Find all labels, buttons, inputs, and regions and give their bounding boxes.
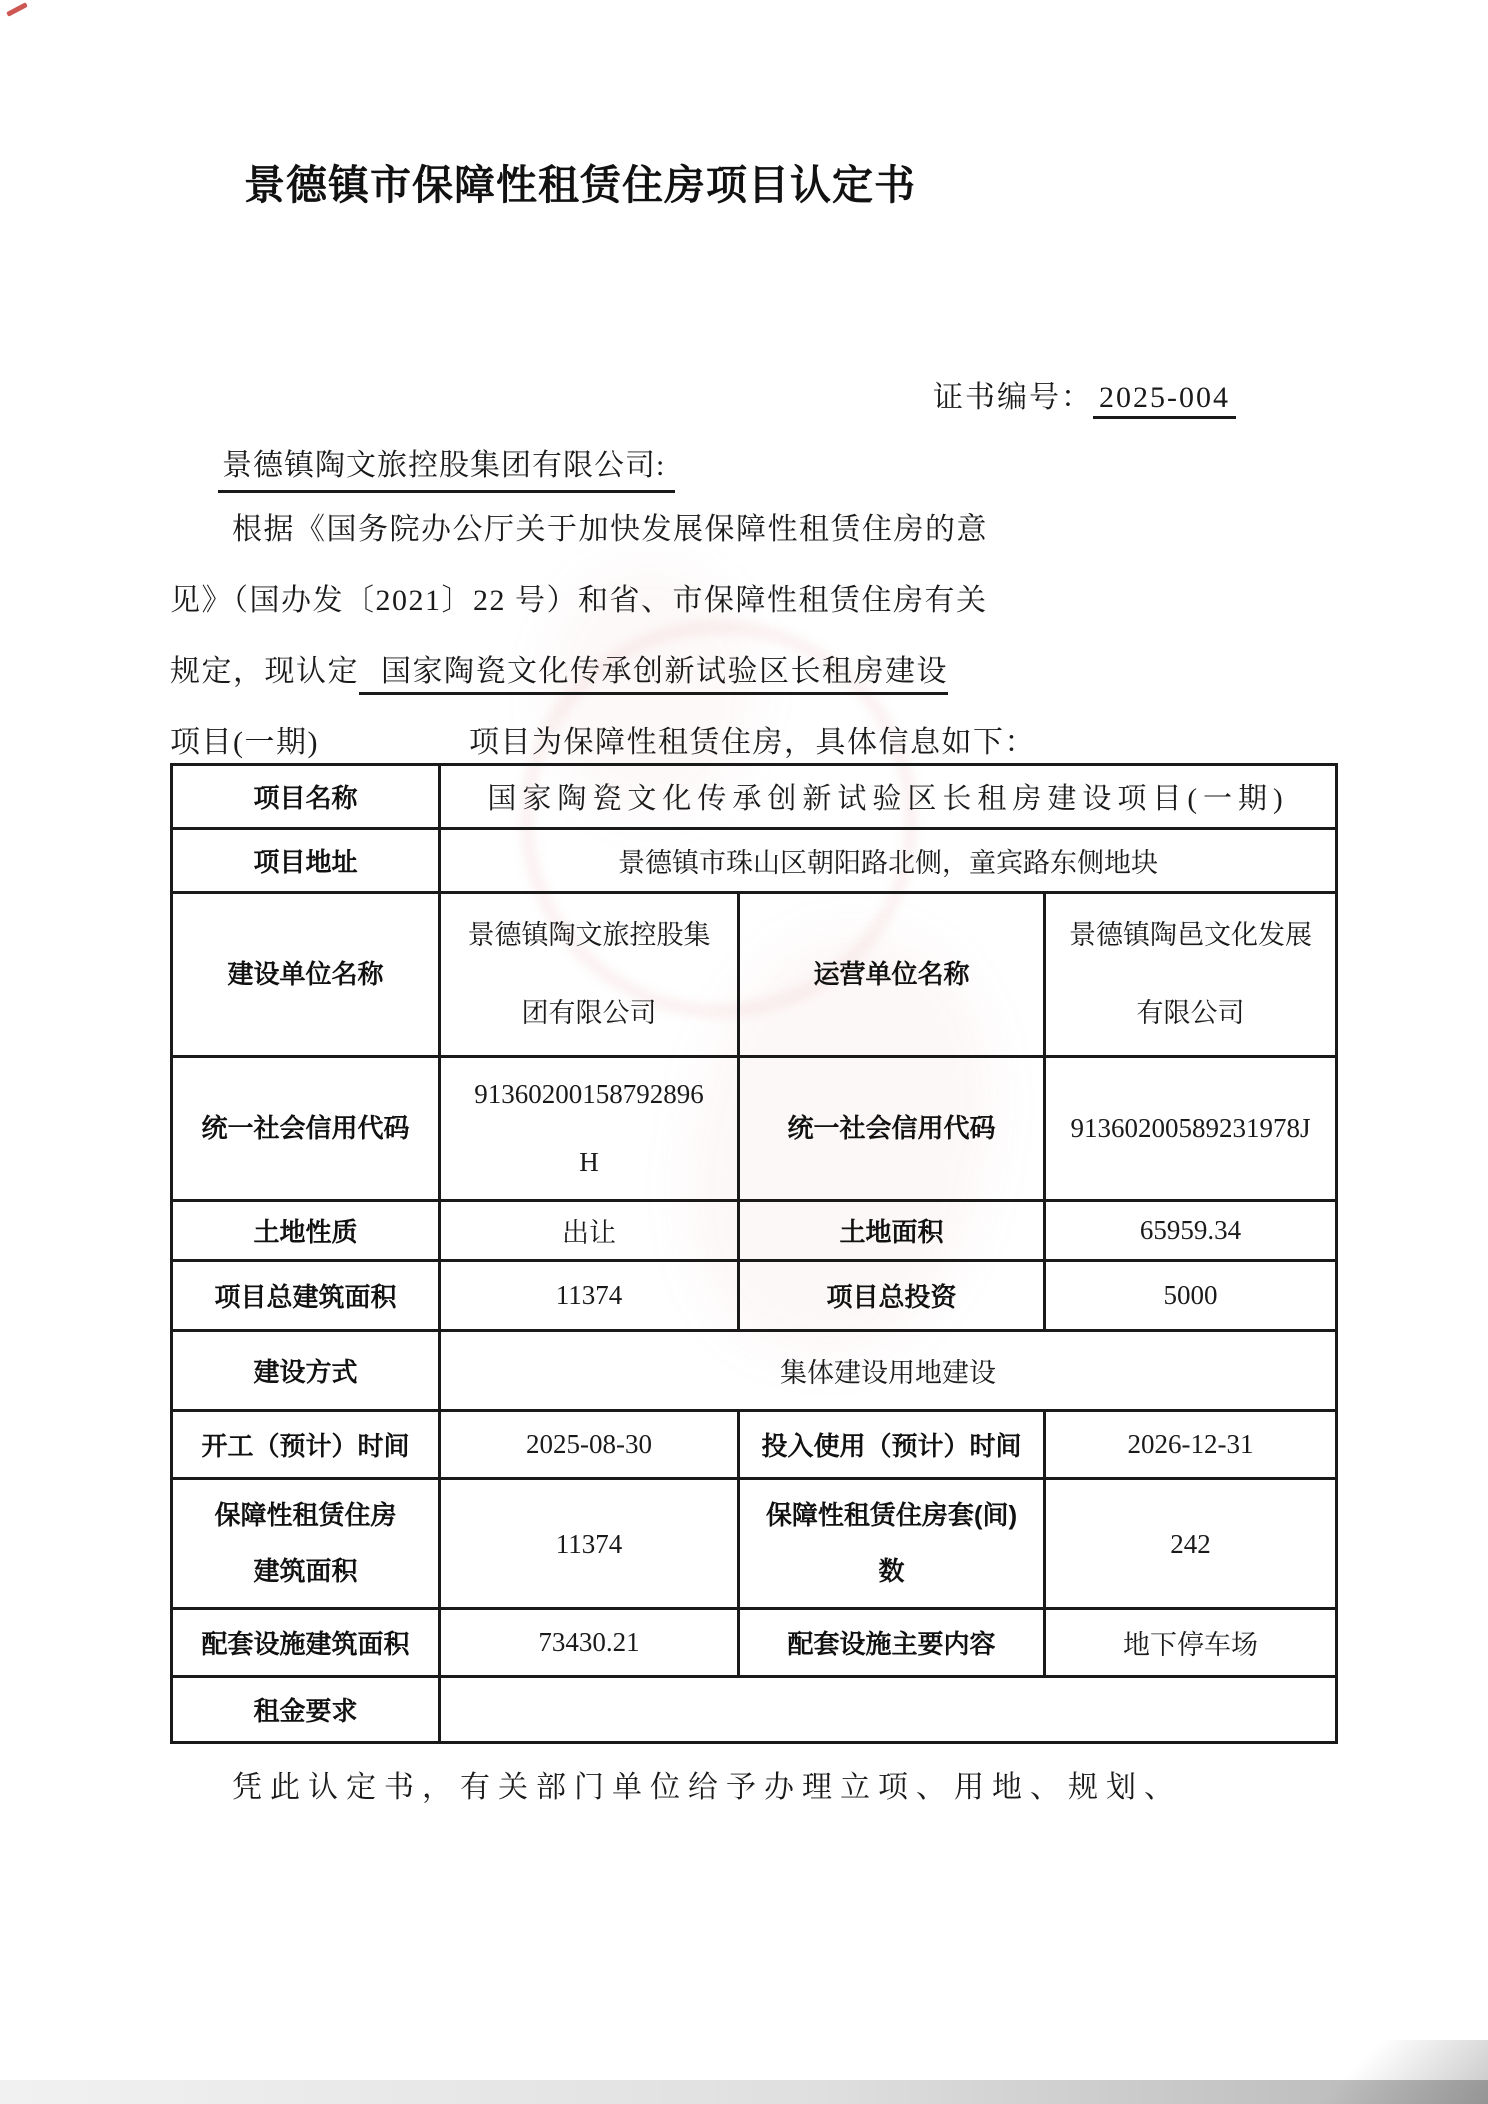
rent-requirement-label: 租金要求 xyxy=(172,1677,440,1743)
start-date-label: 开工（预计）时间 xyxy=(172,1411,440,1479)
table-row-credit-codes: 统一社会信用代码 91360200158792896 H 统一社会信用代码 91… xyxy=(172,1056,1337,1201)
body-paragraph: 根据《国务院办公厅关于加快发展保障性租赁住房的意 见》（国办发〔2021〕22 … xyxy=(170,494,1050,778)
project-name-underlined: 国家陶瓷文化传承创新试验区长租房建设 xyxy=(359,655,948,695)
table-row-rent-requirement: 租金要求 xyxy=(172,1677,1337,1743)
start-date-value: 2025-08-30 xyxy=(440,1411,739,1479)
project-info-table: 项目名称 国家陶瓷文化传承创新试验区长租房建设项目(一期) 项目地址 景德镇市珠… xyxy=(170,763,1338,1744)
table-row-totals: 项目总建筑面积 11374 项目总投资 5000 xyxy=(172,1261,1337,1331)
credit-code-label-1: 统一社会信用代码 xyxy=(172,1056,440,1201)
table-row-facilities: 配套设施建筑面积 73430.21 配套设施主要内容 地下停车场 xyxy=(172,1609,1337,1677)
body-line-3-prefix: 规定，现认定 xyxy=(170,655,359,688)
project-phase-underlined: 项目(一期) xyxy=(170,726,423,766)
scan-bottom-shadow xyxy=(0,2080,1488,2104)
land-nature-value: 出让 xyxy=(440,1201,739,1261)
table-row-units: 建设单位名称 景德镇陶文旅控股集 团有限公司 运营单位名称 景德镇陶邑文化发展 … xyxy=(172,893,1337,1057)
scan-red-mark xyxy=(6,2,28,17)
facility-area-value: 73430.21 xyxy=(440,1609,739,1677)
rental-unit-count-value: 242 xyxy=(1045,1479,1337,1609)
land-nature-label: 土地性质 xyxy=(172,1201,440,1261)
in-use-date-value: 2026-12-31 xyxy=(1045,1411,1337,1479)
facility-content-label: 配套设施主要内容 xyxy=(739,1609,1045,1677)
credit-code-value-2: 91360200589231978J xyxy=(1045,1056,1337,1201)
rental-floor-area-value: 11374 xyxy=(440,1479,739,1609)
table-row-construction-mode: 建设方式 集体建设用地建设 xyxy=(172,1331,1337,1411)
table-row-land: 土地性质 出让 土地面积 65959.34 xyxy=(172,1201,1337,1261)
body-line-1: 根据《国务院办公厅关于加快发展保障性租赁住房的意 xyxy=(170,494,1050,565)
body-line-3: 规定，现认定国家陶瓷文化传承创新试验区长租房建设 xyxy=(170,636,1050,707)
credit-code-label-2: 统一社会信用代码 xyxy=(739,1056,1045,1201)
construction-unit-value: 景德镇陶文旅控股集 团有限公司 xyxy=(440,893,739,1057)
closing-paragraph: 凭此认定书，有关部门单位给予办理立项、用地、规划、 xyxy=(170,1762,1350,1806)
certificate-number-label: 证书编号： xyxy=(933,381,1093,414)
facility-area-label: 配套设施建筑面积 xyxy=(172,1609,440,1677)
certificate-number-line: 证书编号：2025-004 xyxy=(170,372,1236,416)
construction-mode-value: 集体建设用地建设 xyxy=(440,1331,1337,1411)
credit-code-value-1: 91360200158792896 H xyxy=(440,1056,739,1201)
table-row-project-address: 项目地址 景德镇市珠山区朝阳路北侧，童宾路东侧地块 xyxy=(172,829,1337,893)
rental-floor-area-label: 保障性租赁住房 建筑面积 xyxy=(172,1479,440,1609)
land-area-label: 土地面积 xyxy=(739,1201,1045,1261)
table-row-project-name: 项目名称 国家陶瓷文化传承创新试验区长租房建设项目(一期) xyxy=(172,765,1337,829)
operating-unit-value: 景德镇陶邑文化发展 有限公司 xyxy=(1045,893,1337,1057)
total-floor-area-label: 项目总建筑面积 xyxy=(172,1261,440,1331)
rental-unit-count-label: 保障性租赁住房套(间) 数 xyxy=(739,1479,1045,1609)
project-name-label: 项目名称 xyxy=(172,765,440,829)
certificate-number-value: 2025-004 xyxy=(1093,381,1236,419)
table-row-dates: 开工（预计）时间 2025-08-30 投入使用（预计）时间 2026-12-3… xyxy=(172,1411,1337,1479)
land-area-value: 65959.34 xyxy=(1045,1201,1337,1261)
project-address-value: 景德镇市珠山区朝阳路北侧，童宾路东侧地块 xyxy=(440,829,1337,893)
table-row-rental-housing: 保障性租赁住房 建筑面积 11374 保障性租赁住房套(间) 数 242 xyxy=(172,1479,1337,1609)
construction-mode-label: 建设方式 xyxy=(172,1331,440,1411)
scanned-document-page: 景德镇市保障性租赁住房项目认定书 证书编号：2025-004 景德镇陶文旅控股集… xyxy=(0,0,1488,2104)
total-investment-label: 项目总投资 xyxy=(739,1261,1045,1331)
project-name-value: 国家陶瓷文化传承创新试验区长租房建设项目(一期) xyxy=(440,765,1337,829)
rent-requirement-value xyxy=(440,1677,1337,1743)
scan-corner-shadow xyxy=(1268,2040,1488,2104)
in-use-date-label: 投入使用（预计）时间 xyxy=(739,1411,1045,1479)
body-line-4-suffix: 项目为保障性租赁住房，具体信息如下： xyxy=(469,726,1036,759)
total-floor-area-value: 11374 xyxy=(440,1261,739,1331)
total-investment-value: 5000 xyxy=(1045,1261,1337,1331)
project-address-label: 项目地址 xyxy=(172,829,440,893)
body-line-2: 见》（国办发〔2021〕22 号）和省、市保障性租赁住房有关 xyxy=(170,565,1050,636)
document-title: 景德镇市保障性租赁住房项目认定书 xyxy=(170,152,990,211)
recipient-name: 景德镇陶文旅控股集团有限公司: xyxy=(218,440,675,493)
operating-unit-label: 运营单位名称 xyxy=(739,893,1045,1057)
construction-unit-label: 建设单位名称 xyxy=(172,893,440,1057)
facility-content-value: 地下停车场 xyxy=(1045,1609,1337,1677)
